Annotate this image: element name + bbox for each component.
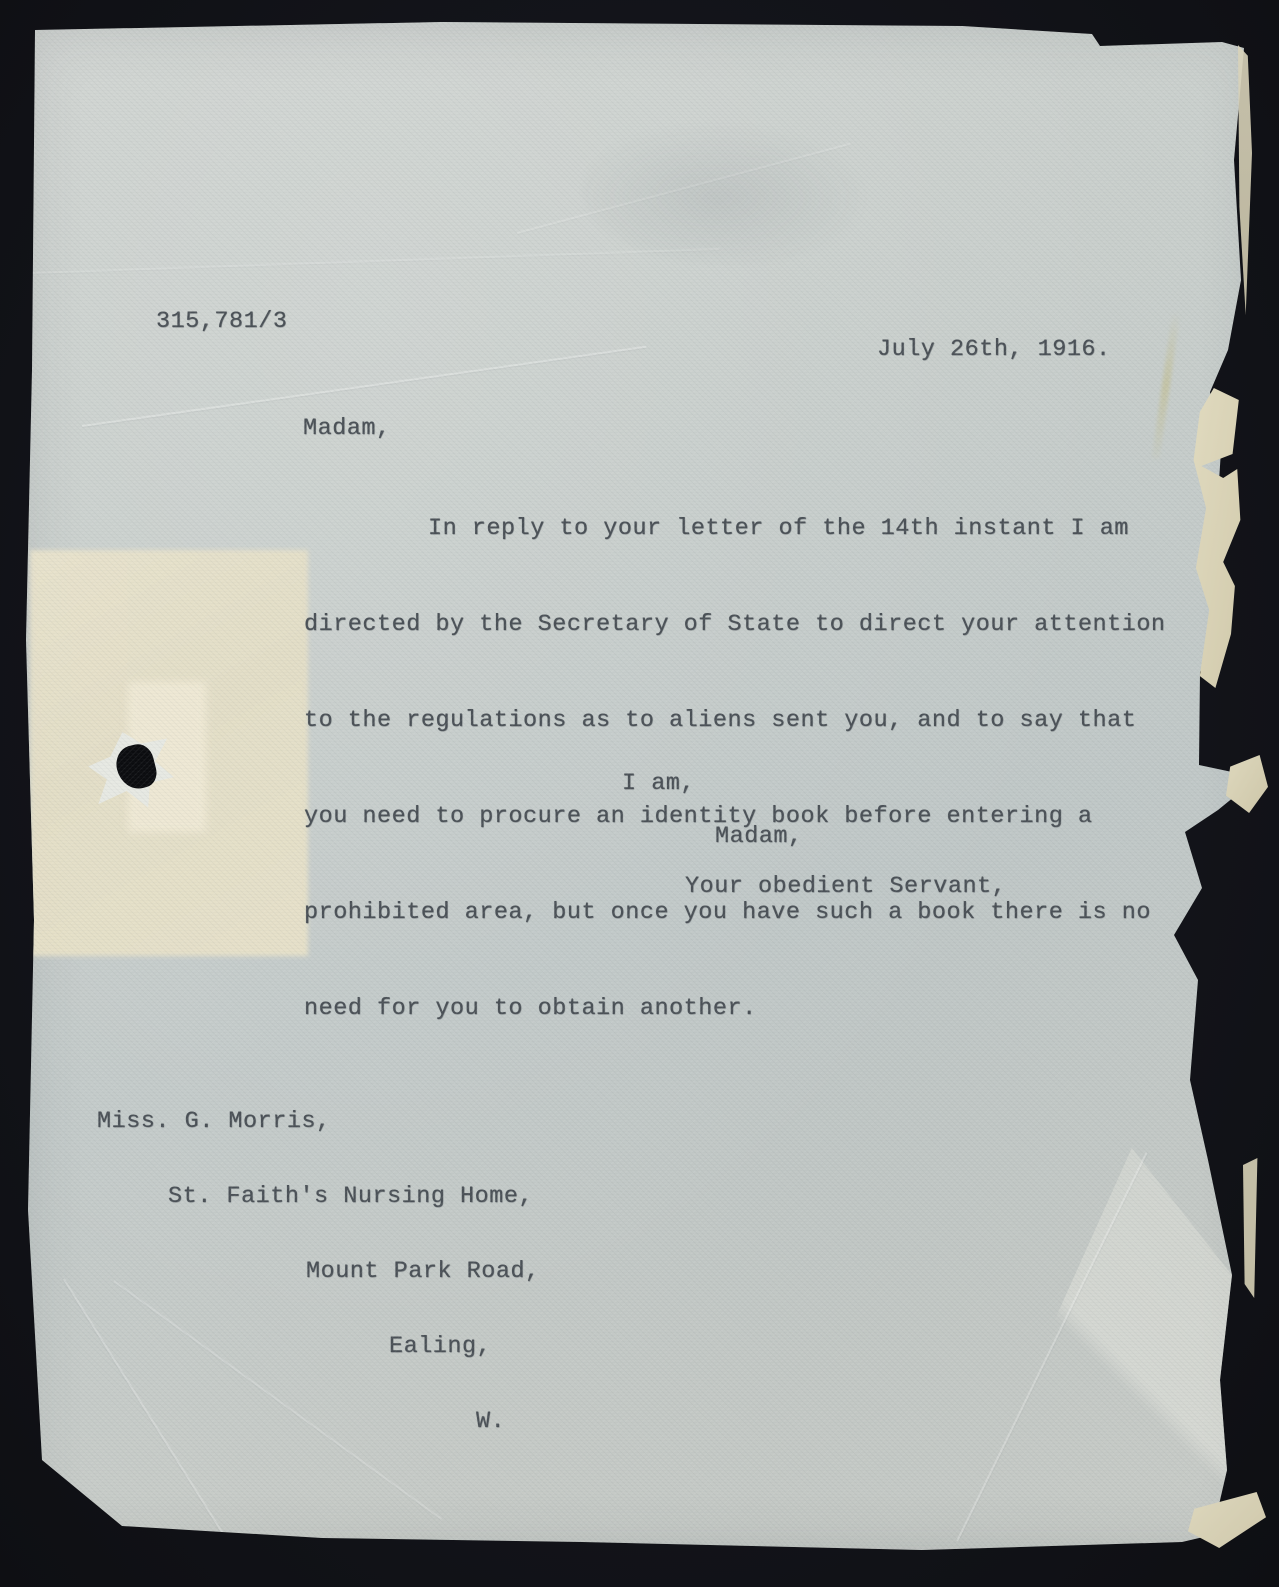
closing-i-am: I am,	[622, 772, 695, 796]
torn-edge-fragment	[1243, 1158, 1259, 1298]
address-line: Ealing,	[97, 1335, 540, 1363]
folded-corner	[952, 1148, 1242, 1548]
closing-madam: Madam,	[715, 825, 803, 849]
body-line: need for you to obtain another.	[304, 997, 1214, 1046]
body-line: In reply to your letter of the 14th inst…	[304, 517, 1214, 566]
address-line: W.	[97, 1410, 540, 1438]
address-line: Mount Park Road,	[97, 1260, 540, 1288]
letter-body: In reply to your letter of the 14th inst…	[304, 470, 1214, 1093]
address-line: Miss. G. Morris,	[97, 1110, 540, 1138]
scan-background: 315,781/3 July 26th, 1916. Madam, In rep…	[0, 0, 1279, 1587]
crease-line	[30, 248, 720, 274]
address-line: St. Faith's Nursing Home,	[97, 1185, 540, 1213]
recipient-address: Miss. G. Morris, St. Faith's Nursing Hom…	[97, 1063, 540, 1485]
body-line: prohibited area, but once you have such …	[304, 901, 1214, 950]
letter-paper: 315,781/3 July 26th, 1916. Madam, In rep…	[22, 20, 1262, 1555]
body-line: to the regulations as to aliens sent you…	[304, 709, 1214, 758]
body-line: directed by the Secretary of State to di…	[304, 613, 1214, 662]
salutation: Madam,	[303, 417, 391, 441]
letter-date: July 26th, 1916.	[877, 338, 1111, 362]
yellow-stain	[1152, 310, 1181, 460]
reference-number: 315,781/3	[156, 310, 287, 334]
smudge-mark	[582, 115, 882, 265]
closing-obedient-servant: Your obedient Servant,	[685, 875, 1006, 899]
